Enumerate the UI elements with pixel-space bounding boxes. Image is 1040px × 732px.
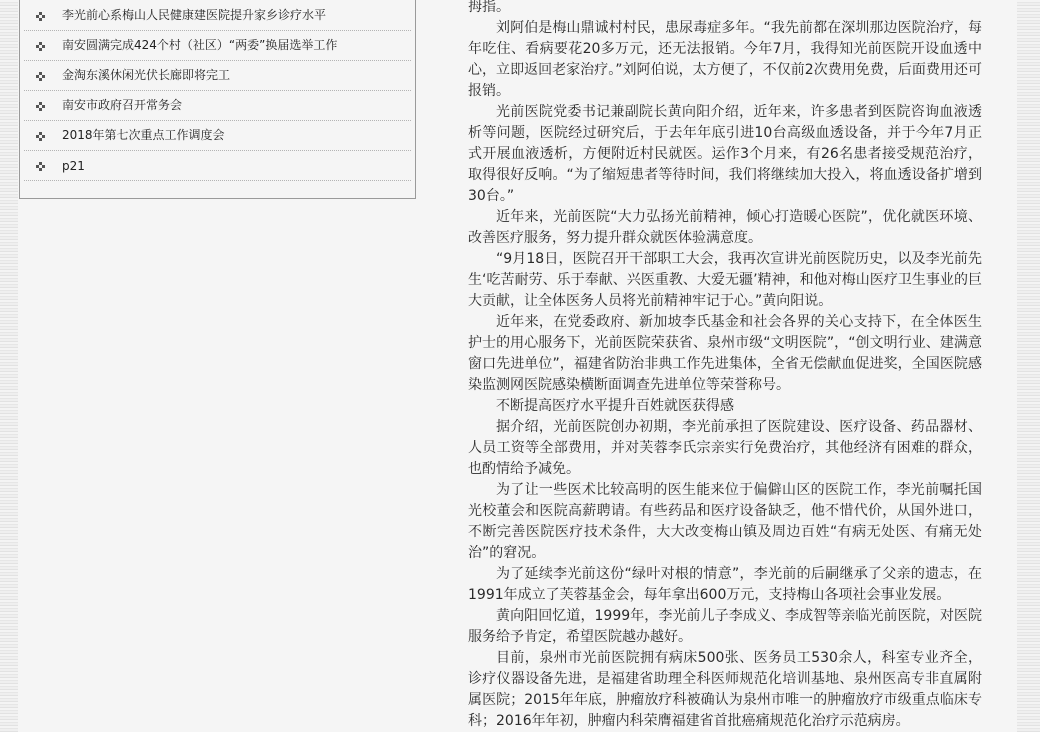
- news-link[interactable]: 南安圆满完成424个村（社区）“两委”换届选举工作: [62, 36, 337, 53]
- article-paragraph: 光前医院党委书记兼副院长黄向阳介绍，近年来，许多患者到医院咨询血液透析等问题，医…: [468, 102, 982, 207]
- news-link[interactable]: 李光前心系梅山人民健康建医院提升家乡诊疗水平: [62, 6, 326, 23]
- article-paragraph: 目前，泉州市光前医院拥有病床500张、医务员工530余人，科室专业齐全，诊疗仪器…: [468, 648, 982, 732]
- article-paragraph: 近年来，光前医院“大力弘扬光前精神，倾心打造暖心医院”，优化就医环境、改善医疗服…: [468, 207, 982, 249]
- diamond-bullet-icon: [36, 42, 45, 51]
- news-link[interactable]: 金淘东溪休闲光伏长廊即将完工: [62, 66, 230, 83]
- article-paragraph: 黄向阳回忆道，1999年，李光前儿子李成义、李成智等亲临光前医院，对医院服务给予…: [468, 606, 982, 648]
- news-link[interactable]: 2018年第七次重点工作调度会: [62, 126, 225, 143]
- diamond-bullet-icon: [36, 102, 45, 111]
- news-list-item: 李光前心系梅山人民健康建医院提升家乡诊疗水平: [24, 0, 411, 31]
- article-paragraph: “9月18日，医院召开干部职工大会，我再次宣讲光前医院历史，以及李光前先生‘吃苦…: [468, 249, 982, 312]
- diamond-bullet-icon: [36, 132, 45, 141]
- article-paragraph: 据介绍，光前医院创办初期，李光前承担了医院建设、医疗设备、药品器材、人员工资等全…: [468, 417, 982, 480]
- news-list-item: 2018年第七次重点工作调度会: [24, 121, 411, 151]
- article-subheading: 不断提高医疗水平提升百姓就医获得感: [468, 396, 982, 417]
- article-body: 拇指。 刘阿伯是梅山鼎诚村村民，患尿毒症多年。“我先前都在深圳那边医院治疗，每年…: [468, 0, 982, 732]
- diamond-bullet-icon: [36, 12, 45, 21]
- news-list-item: 南安市政府召开常务会: [24, 91, 411, 121]
- article-paragraph: 近年来，在党委政府、新加坡李氏基金和社会各界的关心支持下，在全体医生护士的用心服…: [468, 312, 982, 396]
- news-list-item: p21: [24, 151, 411, 181]
- news-link[interactable]: 南安市政府召开常务会: [62, 96, 182, 113]
- news-link[interactable]: p21: [62, 159, 85, 173]
- page-container: 李光前心系梅山人民健康建医院提升家乡诊疗水平 南安圆满完成424个村（社区）“两…: [18, 0, 1017, 732]
- article-paragraph: 为了让一些医术比较高明的医生能来位于偏僻山区的医院工作，李光前嘱托国光校董会和医…: [468, 480, 982, 564]
- diamond-bullet-icon: [36, 162, 45, 171]
- article-paragraph: 刘阿伯是梅山鼎诚村村民，患尿毒症多年。“我先前都在深圳那边医院治疗，每年吃住、看…: [468, 18, 982, 102]
- article-paragraph: 为了延续李光前这份“绿叶对根的情意”，李光前的后嗣继承了父亲的遗志，在1991年…: [468, 564, 982, 606]
- related-news-box: 李光前心系梅山人民健康建医院提升家乡诊疗水平 南安圆满完成424个村（社区）“两…: [19, 0, 416, 199]
- article-paragraph: 拇指。: [468, 0, 982, 18]
- news-list-item: 金淘东溪休闲光伏长廊即将完工: [24, 61, 411, 91]
- news-list-item: 南安圆满完成424个村（社区）“两委”换届选举工作: [24, 31, 411, 61]
- diamond-bullet-icon: [36, 72, 45, 81]
- related-news-list: 李光前心系梅山人民健康建医院提升家乡诊疗水平 南安圆满完成424个村（社区）“两…: [20, 0, 415, 181]
